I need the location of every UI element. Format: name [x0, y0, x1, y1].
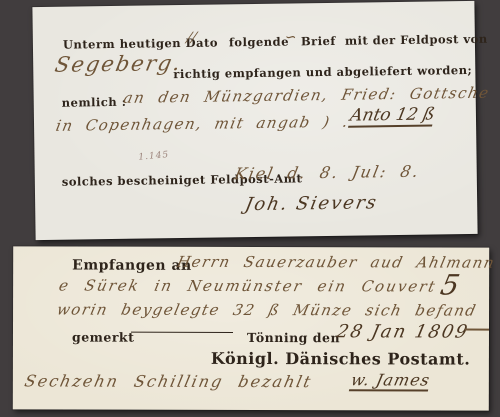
handwritten-destination: in Copenhagen, mit angab ) . [55, 115, 351, 134]
printed-text-nemlich: nemlich : [62, 97, 127, 109]
printed-text-mit-der-feldpost: mit der Feldpost von [345, 34, 488, 47]
handwritten-origin-place: Segeberg. [53, 53, 184, 76]
pencil-catalog-number: 1.145 [138, 151, 169, 163]
handwritten-flourish: ∽ [283, 30, 298, 44]
scanned-documents-backdrop: Unterm heutigen Dato ∕∕ folgende ∽ Brief… [0, 0, 500, 417]
printed-text-koenigl-daenisches-postamt: Königl. Dänisches Postamt. [211, 351, 470, 368]
printed-text-folgende: folgende [229, 37, 289, 49]
printed-text-brief: Brief [301, 36, 336, 48]
handwritten-contents-note: worin beygelegte 32 ß Münze sich befand [55, 302, 478, 318]
printed-text-toenning-den: Tönning den [247, 332, 340, 345]
printed-text-gemerkt: gemerkt [72, 332, 134, 345]
handwritten-sender-place: e Sürek in Neumünster ein Couvert [57, 279, 438, 295]
handwritten-date: 28 Jan 1809 [335, 323, 471, 341]
handwritten-place-date: Kiel d. 8. Jul: 8. [233, 164, 421, 183]
feldpost-receipt-document: Unterm heutigen Dato ∕∕ folgende ∽ Brief… [32, 1, 477, 240]
danish-postamt-receipt-document: Empfangen an Herrn Sauerzauber aud Ahlma… [13, 246, 489, 410]
handwritten-signature-bottom: w. James [349, 372, 432, 391]
handwritten-signature-top: Joh. Sievers [243, 194, 379, 214]
handwritten-addressee: an den Münzgardien, Fried: Gottsche [122, 86, 491, 106]
handwritten-amount: Anto 12 ß [348, 106, 436, 127]
handwritten-dash [465, 328, 489, 331]
handwritten-flourish-five: 5 [438, 272, 462, 300]
handwritten-payment-note: Sechzehn Schilling bezahlt [23, 373, 314, 390]
printed-text-empfangen-an: Empfangen an [72, 259, 192, 273]
blank-fill-line [131, 331, 233, 333]
printed-text-richtig-empfangen: richtig empfangen und abgeliefert worden… [173, 65, 472, 81]
